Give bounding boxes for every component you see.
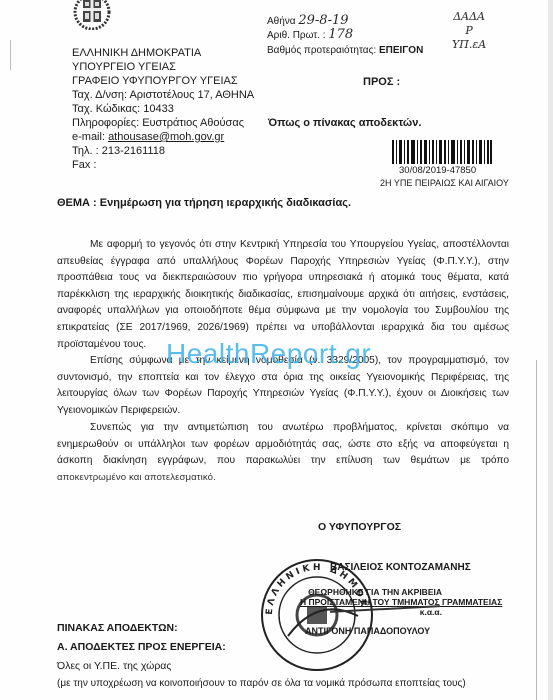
protocol-label: Αριθ. Πρωτ. : xyxy=(267,30,326,41)
scan-edge xyxy=(536,360,537,700)
city-label: Αθήνα xyxy=(267,16,296,27)
office-name: ΓΡΑΦΕΙΟ ΥΦΥΠΟΥΡΓΟΥ ΥΓΕΙΑΣ xyxy=(72,75,238,89)
info-contact: Πληροφορίες: Ευστράτιος Αθούσας xyxy=(72,117,244,131)
certification-line: ΘΕΩΡΗΘΗΚΕ ΓΙΑ ΤΗΝ ΑΚΡΙΒΕΙΑ xyxy=(300,587,442,597)
paragraph-text: Με αφορμή το γεγονός ότι στην Κεντρική Υ… xyxy=(57,237,509,353)
priority-value: ΕΠΕΙΓΟΝ xyxy=(379,45,423,56)
ministry-name: ΥΠΟΥΡΓΕΙΟ ΥΓΕΙΑΣ xyxy=(72,61,176,75)
paragraph-text-end: αποκεντρωμένο και αποτελεσματικό. xyxy=(57,470,509,487)
address: Ταχ. Δ/νση: Αριστοτέλους 17, ΑΘΗΝΑ xyxy=(72,89,254,103)
subject-line: ΘΕΜΑ : Ενημέρωση για τήρηση ιεραρχικής δ… xyxy=(57,197,351,209)
body-paragraph-3: Συνεπώς για την αντιμετώπιση του ανωτέρω… xyxy=(57,420,509,486)
signatory-title: Ο ΥΦΥΠΟΥΡΓΟΣ xyxy=(318,521,401,533)
barcode-organization: 2Η ΥΠΕ ΠΕΙΡΑΙΩΣ ΚΑΙ ΑΙΓΑΙΟΥ xyxy=(380,178,509,188)
signatory-name: ΒΑΣΙΛΕΙΟΣ ΚΟΝΤΟΖΑΜΑΝΗΣ xyxy=(330,562,471,573)
recipients-group-a: Α. ΑΠΟΔΕΚΤΕΣ ΠΡΟΣ ΕΝΕΡΓΕΙΑ: xyxy=(57,641,226,653)
fax: Fax : xyxy=(72,159,96,173)
protocol-line: Αριθ. Πρωτ. : 178 xyxy=(267,28,353,42)
priority-line: Βαθμός προτεραιότητας: ΕΠΕΙΓΟΝ xyxy=(267,44,423,57)
email-label: e-mail: xyxy=(72,131,108,143)
certification-block: ΘΕΩΡΗΘΗΚΕ ΓΙΑ ΤΗΝ ΑΚΡΙΒΕΙΑ Η ΠΡΟΪΣΤΑΜΕΝΗ… xyxy=(300,587,442,617)
priority-label: Βαθμός προτεραιότητας: xyxy=(267,45,376,56)
note-line: ΔΑΔΑ xyxy=(452,10,486,24)
barcode-number: 30/08/2019-47850 xyxy=(399,165,476,176)
recipient-note: (με την υποχρέωση να κοινοποιήσουν το πα… xyxy=(57,678,466,689)
handwritten-note: ΔΑΔΑ Ρ ΥΠ.εΑ xyxy=(452,10,486,52)
date-line: Αθήνα 29-8-19 xyxy=(267,14,349,28)
handwritten-date: 29-8-19 xyxy=(298,13,348,28)
paragraph-text: Συνεπώς για την αντιμετώπιση του ανωτέρω… xyxy=(57,420,509,470)
to-label: ΠΡΟΣ : xyxy=(363,76,400,88)
note-line: ΥΠ.εΑ xyxy=(452,38,486,52)
barcode-icon xyxy=(392,140,492,164)
email-line: e-mail: athousase@moh.gov.gr xyxy=(72,131,224,145)
email-link[interactable]: athousase@moh.gov.gr xyxy=(108,131,224,143)
recipients-title: ΠΙΝΑΚΑΣ ΑΠΟΔΕΚΤΩΝ: xyxy=(57,622,178,634)
note-line: Ρ xyxy=(452,24,486,38)
watermark: HealthReport.gr xyxy=(166,338,371,370)
greek-coat-of-arms-icon xyxy=(70,0,114,30)
body-paragraph-1: Με αφορμή το γεγονός ότι στην Κεντρική Υ… xyxy=(57,237,509,353)
certifier-name: ΑΝΤΙΓΟΝΗ ΠΑΠΑΔΟΠΟΥΛΟΥ xyxy=(305,626,430,636)
handwritten-protocol-number: 178 xyxy=(328,27,353,42)
recipient-line: Όλες οι Υ.ΠΕ. της χώρας xyxy=(57,660,171,672)
document-page: ΕΛΛΗΝΙΚΗ ΔΗΜΟΚΡΑΤΙΑ ΥΠΟΥΡΓΕΙΟ ΥΓΕΙΑΣ ΓΡΑ… xyxy=(0,0,548,700)
phone: Τηλ. : 213-2161118 xyxy=(72,145,165,159)
country-name: ΕΛΛΗΝΙΚΗ ΔΗΜΟΚΡΑΤΙΑ xyxy=(72,47,201,61)
scan-mark xyxy=(10,40,11,70)
to-value: Όπως ο πίνακας αποδεκτών. xyxy=(268,117,421,129)
page-edge xyxy=(548,0,553,700)
postal-code: Ταχ. Κώδικας: 10433 xyxy=(72,103,174,117)
